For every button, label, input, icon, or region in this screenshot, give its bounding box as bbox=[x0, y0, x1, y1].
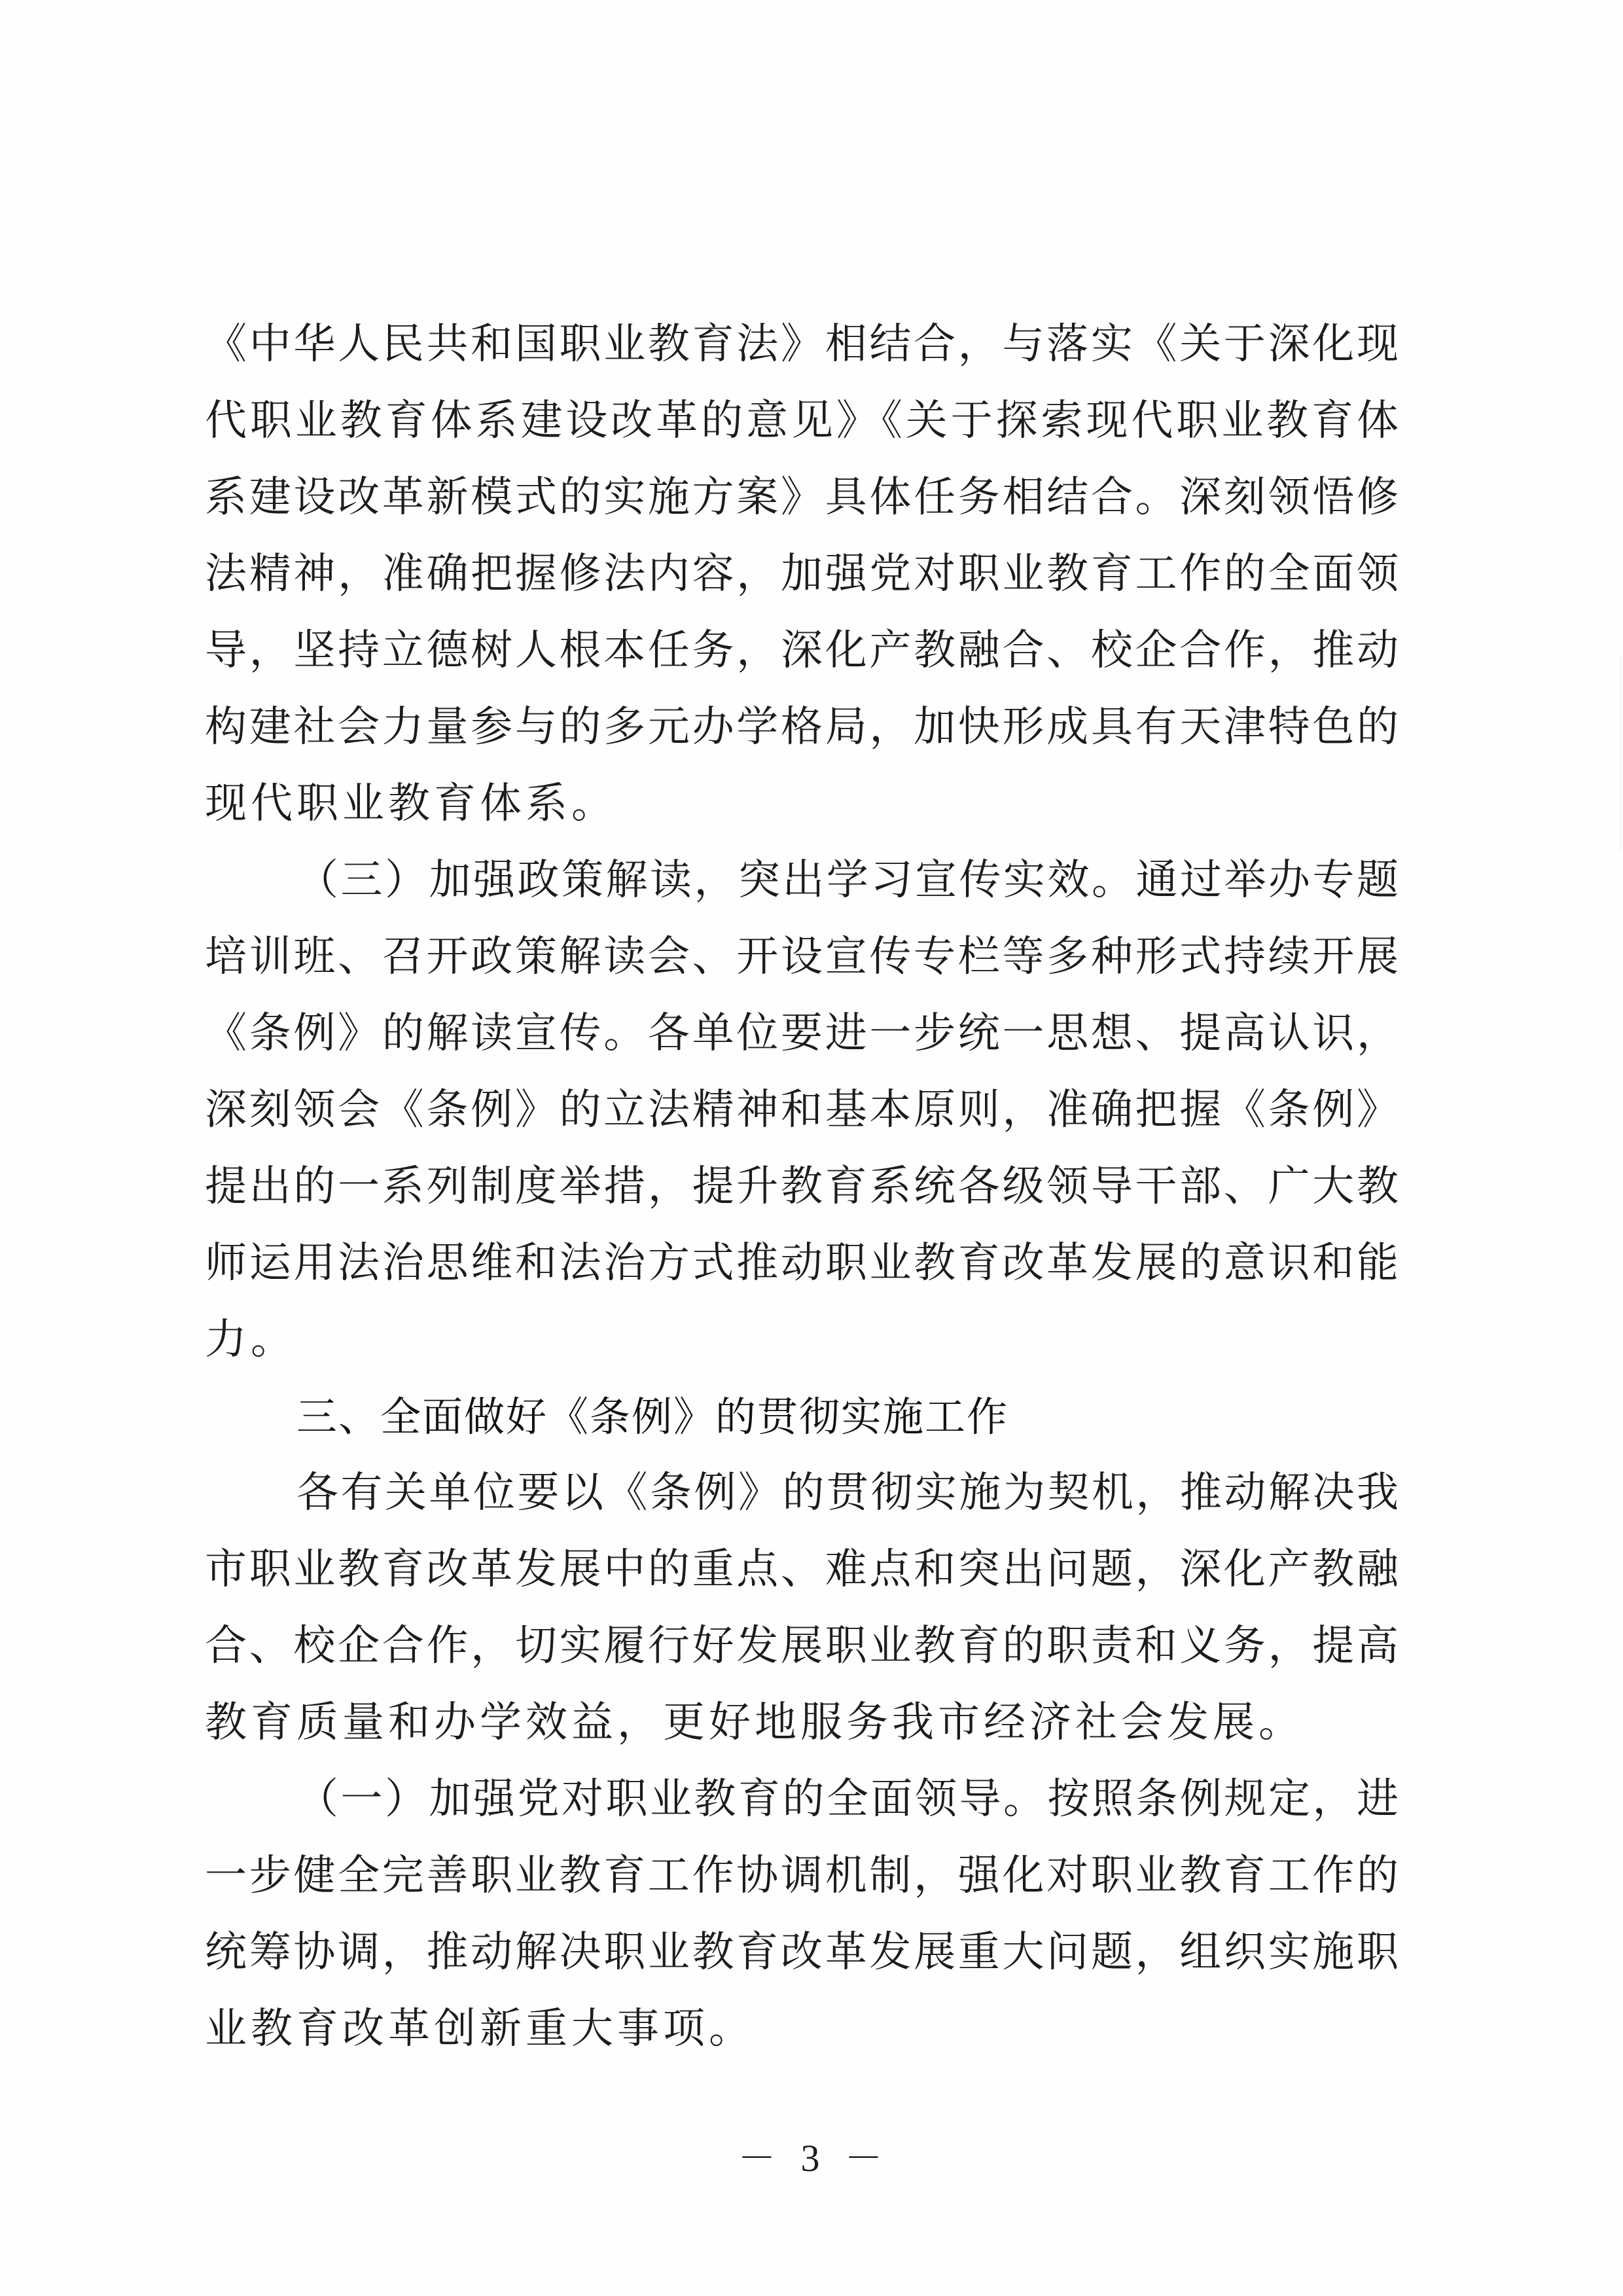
text-line: 教育质量和办学效益，更好地服务我市经济社会发展。 bbox=[205, 1685, 1399, 1761]
document-body: 《中华人民共和国职业教育法》相结合，与落实《关于深化现 代职业教育体系建设改革的… bbox=[205, 306, 1399, 2068]
text-line: 力。 bbox=[205, 1302, 1399, 1378]
text-line: 导，坚持立德树人根本任务，深化产教融合、校企合作，推动 bbox=[205, 613, 1399, 689]
text-line: 一步健全完善职业教育工作协调机制，强化对职业教育工作的 bbox=[205, 1838, 1399, 1914]
text-line: 《中华人民共和国职业教育法》相结合，与落实《关于深化现 bbox=[205, 306, 1399, 383]
text-line: 市职业教育改革发展中的重点、难点和突出问题，深化产教融 bbox=[205, 1532, 1399, 1608]
scan-edge-artifact bbox=[1620, 655, 1622, 851]
text-line: 构建社会力量参与的多元办学格局，加快形成具有天津特色的 bbox=[205, 689, 1399, 766]
text-line: 业教育改革创新重大事项。 bbox=[205, 1991, 1399, 2068]
section-heading-text: 三、全面做好《条例》的贯彻实施工作 bbox=[205, 1378, 1399, 1455]
text-line: 深刻领会《条例》的立法精神和基本原则，准确把握《条例》 bbox=[205, 1072, 1399, 1149]
document-page: 《中华人民共和国职业教育法》相结合，与落实《关于深化现 代职业教育体系建设改革的… bbox=[0, 0, 1623, 2296]
text-line: 各有关单位要以《条例》的贯彻实施为契机，推动解决我 bbox=[205, 1455, 1399, 1532]
text-line: 培训班、召开政策解读会、开设宣传专栏等多种形式持续开展 bbox=[205, 919, 1399, 996]
text-line: 《条例》的解读宣传。各单位要进一步统一思想、提高认识， bbox=[205, 996, 1399, 1072]
text-line: （三）加强政策解读，突出学习宣传实效。通过举办专题 bbox=[205, 842, 1399, 919]
paragraph-section-3-item-1: （一）加强党对职业教育的全面领导。按照条例规定，进 一步健全完善职业教育工作协调… bbox=[205, 1761, 1399, 2068]
text-line: 法精神，准确把握修法内容，加强党对职业教育工作的全面领 bbox=[205, 536, 1399, 613]
text-line: 合、校企合作，切实履行好发展职业教育的职责和义务，提高 bbox=[205, 1608, 1399, 1685]
text-line: 系建设改革新模式的实施方案》具体任务相结合。深刻领悟修 bbox=[205, 459, 1399, 536]
page-number-right-dash: － bbox=[845, 2127, 885, 2182]
page-number-value: 3 bbox=[801, 2137, 823, 2179]
text-line: 代职业教育体系建设改革的意见》《关于探索现代职业教育体 bbox=[205, 383, 1399, 459]
paragraph-section-3-intro: 各有关单位要以《条例》的贯彻实施为契机，推动解决我 市职业教育改革发展中的重点、… bbox=[205, 1455, 1399, 1761]
text-line: （一）加强党对职业教育的全面领导。按照条例规定，进 bbox=[205, 1761, 1399, 1838]
text-line: 现代职业教育体系。 bbox=[205, 766, 1399, 842]
page-number: －3－ bbox=[0, 2127, 1623, 2182]
section-heading: 三、全面做好《条例》的贯彻实施工作 bbox=[205, 1378, 1399, 1455]
text-line: 统筹协调，推动解决职业教育改革发展重大问题，组织实施职 bbox=[205, 1914, 1399, 1991]
text-line: 师运用法治思维和法治方式推动职业教育改革发展的意识和能 bbox=[205, 1225, 1399, 1302]
paragraph-continuation: 《中华人民共和国职业教育法》相结合，与落实《关于深化现 代职业教育体系建设改革的… bbox=[205, 306, 1399, 842]
text-line: 提出的一系列制度举措，提升教育系统各级领导干部、广大教 bbox=[205, 1149, 1399, 1225]
page-number-left-dash: － bbox=[738, 2127, 778, 2182]
paragraph-section-2-item-3: （三）加强政策解读，突出学习宣传实效。通过举办专题 培训班、召开政策解读会、开设… bbox=[205, 842, 1399, 1378]
